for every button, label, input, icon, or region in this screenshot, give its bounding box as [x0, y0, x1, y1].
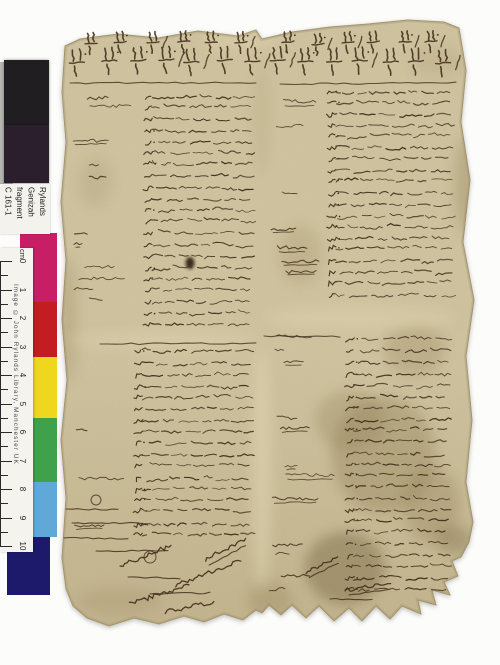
ruler-half-tick — [0, 503, 8, 504]
dark-purple-patch — [4, 125, 49, 183]
ruler-tick — [0, 347, 12, 348]
copyright-credit: Image © John Rylands Library, Manchester… — [12, 284, 19, 465]
label-line: Genizah — [25, 187, 37, 231]
fragment-shelfmark-label: Rylands Genizah fragment C 161-1 — [0, 184, 50, 234]
ruler-half-tick — [0, 532, 8, 533]
ruler-half-tick — [0, 475, 8, 476]
ruler-half-tick — [0, 275, 8, 276]
black-patch — [4, 60, 49, 125]
digitized-manuscript-photo: Rylands Genizah fragment C 161-1 cm01234… — [0, 0, 500, 665]
ruler-tick-label: 9 — [17, 512, 27, 524]
ruler-tick — [0, 489, 12, 490]
label-line: fragment — [14, 187, 26, 231]
ruler-tick — [0, 404, 12, 405]
green-patch — [33, 418, 57, 482]
ruler-tick-label: 10 — [17, 540, 27, 552]
ruler-tick-label: 0 — [17, 255, 27, 267]
manuscript-fragment — [0, 0, 500, 665]
ruler-tick — [0, 546, 12, 547]
ruler-half-tick — [0, 304, 8, 305]
ruler-tick — [0, 432, 12, 433]
ruler-tick — [0, 318, 12, 319]
ruler-half-tick — [0, 389, 8, 390]
ruler-half-tick — [0, 332, 8, 333]
ruler-tick — [0, 461, 12, 462]
yellow-patch — [33, 357, 57, 418]
ruler-tick — [0, 375, 12, 376]
ruler-tick-label: 8 — [17, 483, 27, 495]
ruler-half-tick — [0, 418, 8, 419]
ruler-half-tick — [0, 361, 8, 362]
label-line: C 161-1 — [2, 187, 14, 231]
ruler-tick — [0, 261, 12, 262]
light-blue-patch — [33, 482, 57, 537]
red-patch — [33, 302, 57, 357]
ruler-half-tick — [0, 446, 8, 447]
paper-sheet — [55, 10, 485, 660]
ruler-tick — [0, 290, 12, 291]
label-line: Rylands — [37, 187, 49, 231]
ruler-tick — [0, 518, 12, 519]
